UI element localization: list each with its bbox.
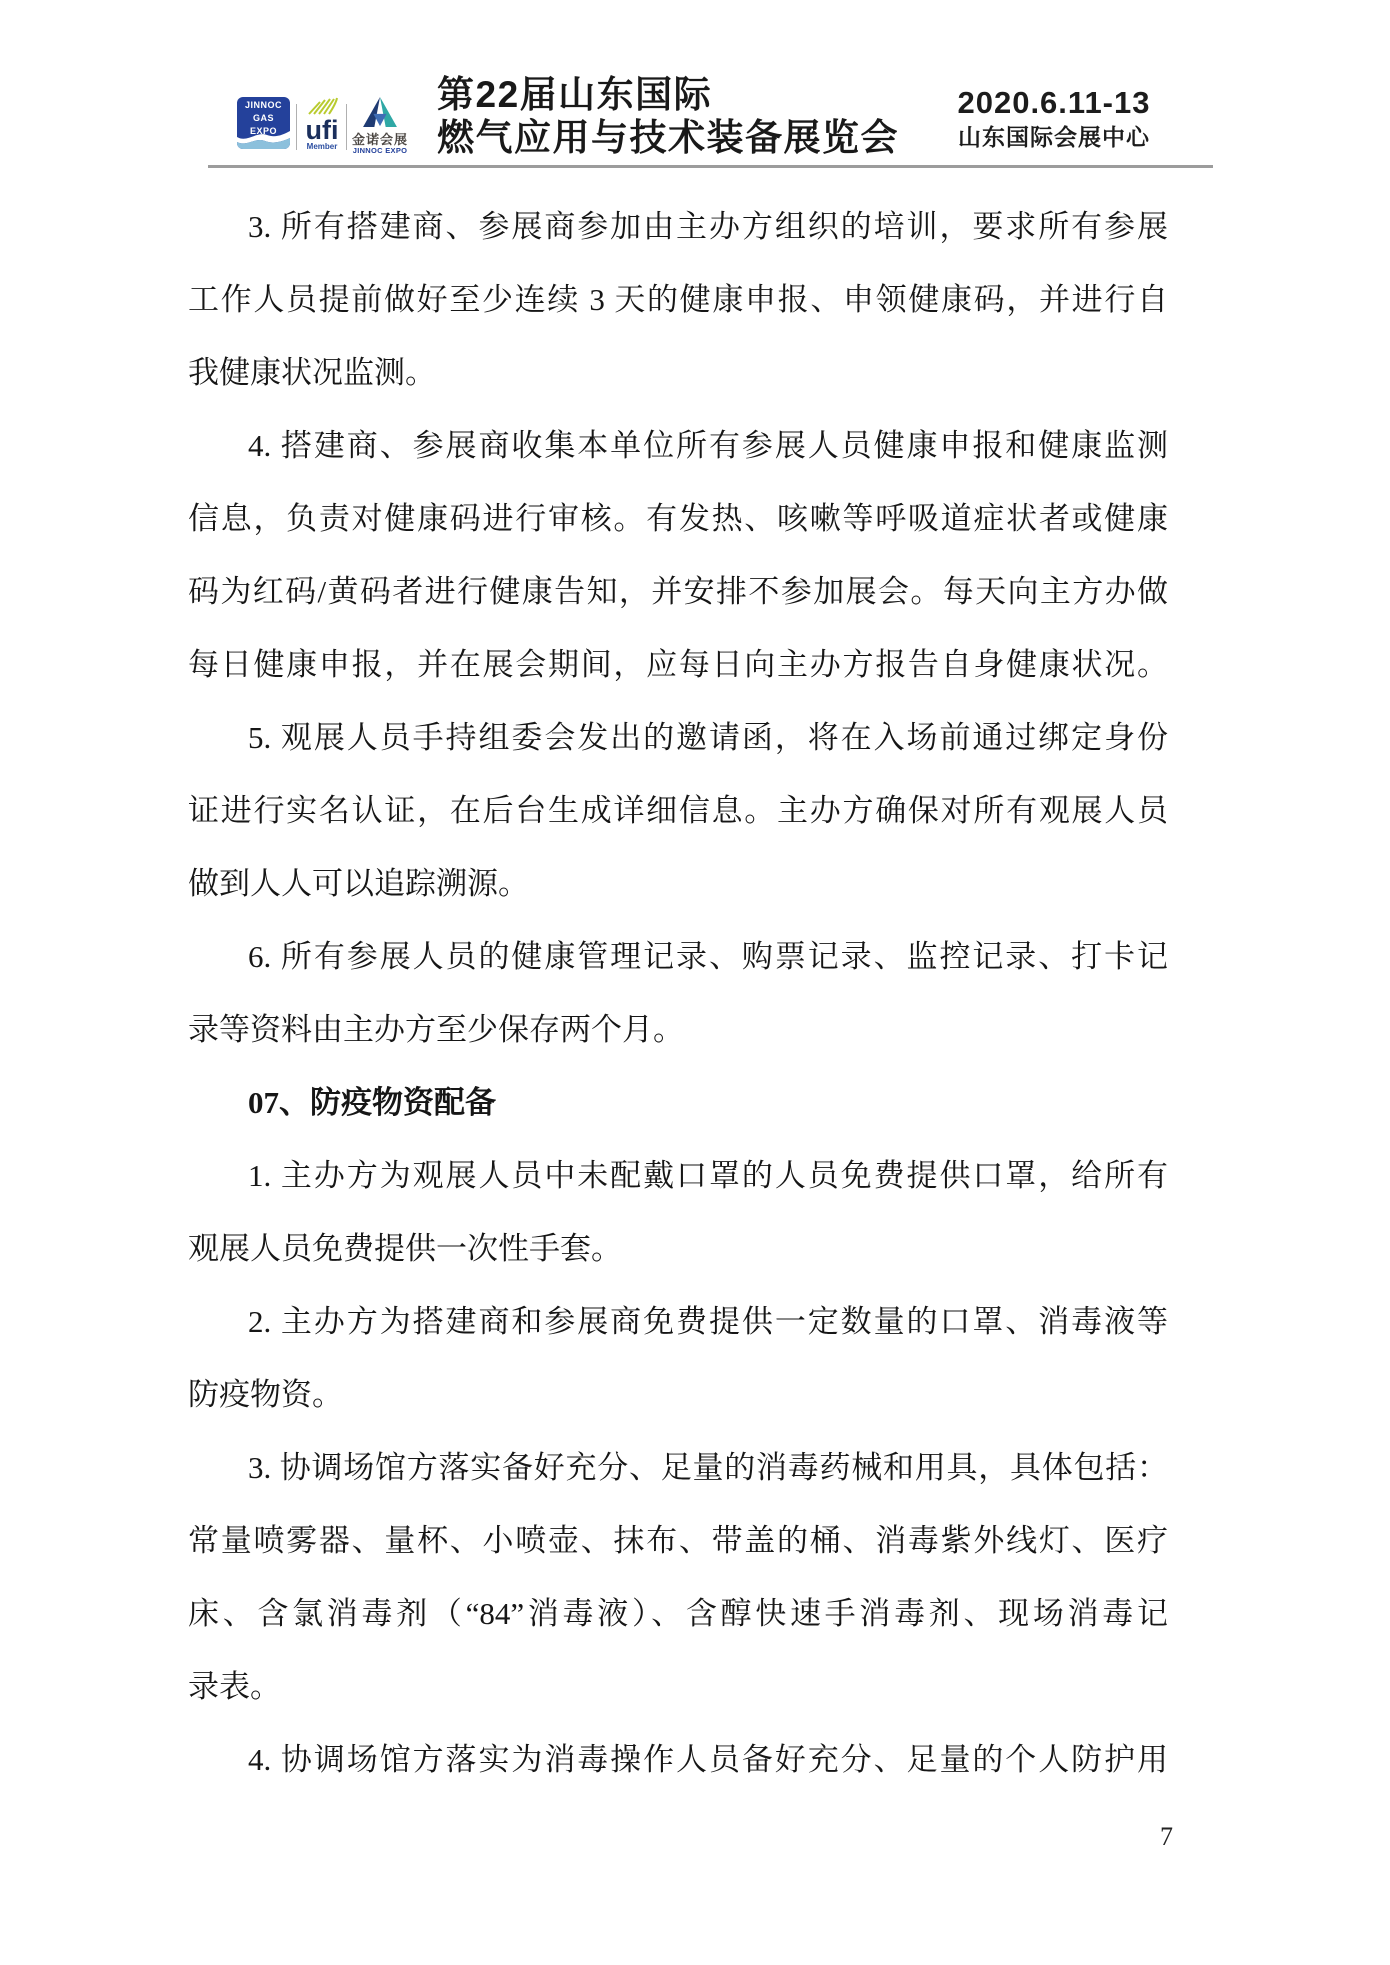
jinnoc-expo-cn-name: 金诺会展 xyxy=(351,133,409,146)
document-page: JINNOC GAS EXPO ufi Member 金诺会展 JINNOC E… xyxy=(0,0,1390,1965)
expo-title: 第22届山东国际 燃气应用与技术装备展览会 xyxy=(437,73,899,159)
jinnoc-expo-en-name: JINNOC EXPO xyxy=(351,146,409,155)
body-line: 观展人员免费提供一次性手套。 xyxy=(188,1212,1168,1285)
body-line: 3. 所有搭建商、参展商参加由主办方组织的培训，要求所有参展 xyxy=(188,190,1168,263)
body-line: 录等资料由主办方至少保存两个月。 xyxy=(188,993,1168,1066)
gas-logo-line1: JINNOC xyxy=(237,101,290,110)
body-line: 录表。 xyxy=(188,1650,1168,1723)
jinnoc-expo-logo: 金诺会展 JINNOC EXPO xyxy=(351,96,409,155)
page-number: 7 xyxy=(1160,1822,1173,1852)
body-line: 床、含氯消毒剂（“84”消毒液）、含醇快速手消毒剂、现场消毒记 xyxy=(188,1577,1168,1650)
body-line: 4. 搭建商、参展商收集本单位所有参展人员健康申报和健康监测 xyxy=(188,409,1168,482)
body-line: 信息，负责对健康码进行审核。有发热、咳嗽等呼吸道症状者或健康 xyxy=(188,482,1168,555)
expo-title-line2: 燃气应用与技术装备展览会 xyxy=(437,116,899,159)
document-body: 3. 所有搭建商、参展商参加由主办方组织的培训，要求所有参展 工作人员提前做好至… xyxy=(188,190,1168,1796)
ufi-wordmark: ufi xyxy=(301,118,343,142)
body-line: 防疫物资。 xyxy=(188,1358,1168,1431)
ufi-member-label: Member xyxy=(301,142,343,151)
logo-divider xyxy=(346,104,347,150)
body-line: 常量喷雾器、量杯、小喷壶、抹布、带盖的桶、消毒紫外线灯、医疗 xyxy=(188,1504,1168,1577)
logo-divider xyxy=(296,104,297,150)
expo-venue: 山东国际会展中心 xyxy=(948,124,1160,150)
triangle-logo-icon xyxy=(359,115,401,132)
section-heading: 07、防疫物资配备 xyxy=(188,1066,1168,1139)
body-line: 3. 协调场馆方落实备好充分、足量的消毒药械和用具，具体包括： xyxy=(188,1431,1168,1504)
body-line: 工作人员提前做好至少连续 3 天的健康申报、申领健康码，并进行自 xyxy=(188,263,1168,336)
body-line: 我健康状况监测。 xyxy=(188,336,1168,409)
body-line: 2. 主办方为搭建商和参展商免费提供一定数量的口罩、消毒液等 xyxy=(188,1285,1168,1358)
gas-logo-line2: GAS xyxy=(237,114,290,123)
body-line: 5. 观展人员手持组委会发出的邀请函，将在入场前通过绑定身份 xyxy=(188,701,1168,774)
body-line: 1. 主办方为观展人员中未配戴口罩的人员免费提供口罩，给所有 xyxy=(188,1139,1168,1212)
expo-title-line1: 第22届山东国际 xyxy=(437,73,899,116)
body-line: 每日健康申报，并在展会期间，应每日向主办方报告自身健康状况。 xyxy=(188,628,1168,701)
header-rule xyxy=(208,165,1213,168)
body-line: 证进行实名认证，在后台生成详细信息。主办方确保对所有观展人员 xyxy=(188,774,1168,847)
body-line: 4. 协调场馆方落实为消毒操作人员备好充分、足量的个人防护用 xyxy=(188,1723,1168,1796)
body-line: 做到人人可以追踪溯源。 xyxy=(188,847,1168,920)
body-line: 6. 所有参展人员的健康管理记录、购票记录、监控记录、打卡记 xyxy=(188,920,1168,993)
expo-date-venue: 2020.6.11-13 山东国际会展中心 xyxy=(948,86,1160,150)
body-line: 码为红码/黄码者进行健康告知，并安排不参加展会。每天向主方办做 xyxy=(188,555,1168,628)
expo-date: 2020.6.11-13 xyxy=(948,86,1160,120)
jinnoc-gas-expo-logo: JINNOC GAS EXPO xyxy=(237,97,290,149)
ufi-member-logo: ufi Member xyxy=(301,95,343,151)
